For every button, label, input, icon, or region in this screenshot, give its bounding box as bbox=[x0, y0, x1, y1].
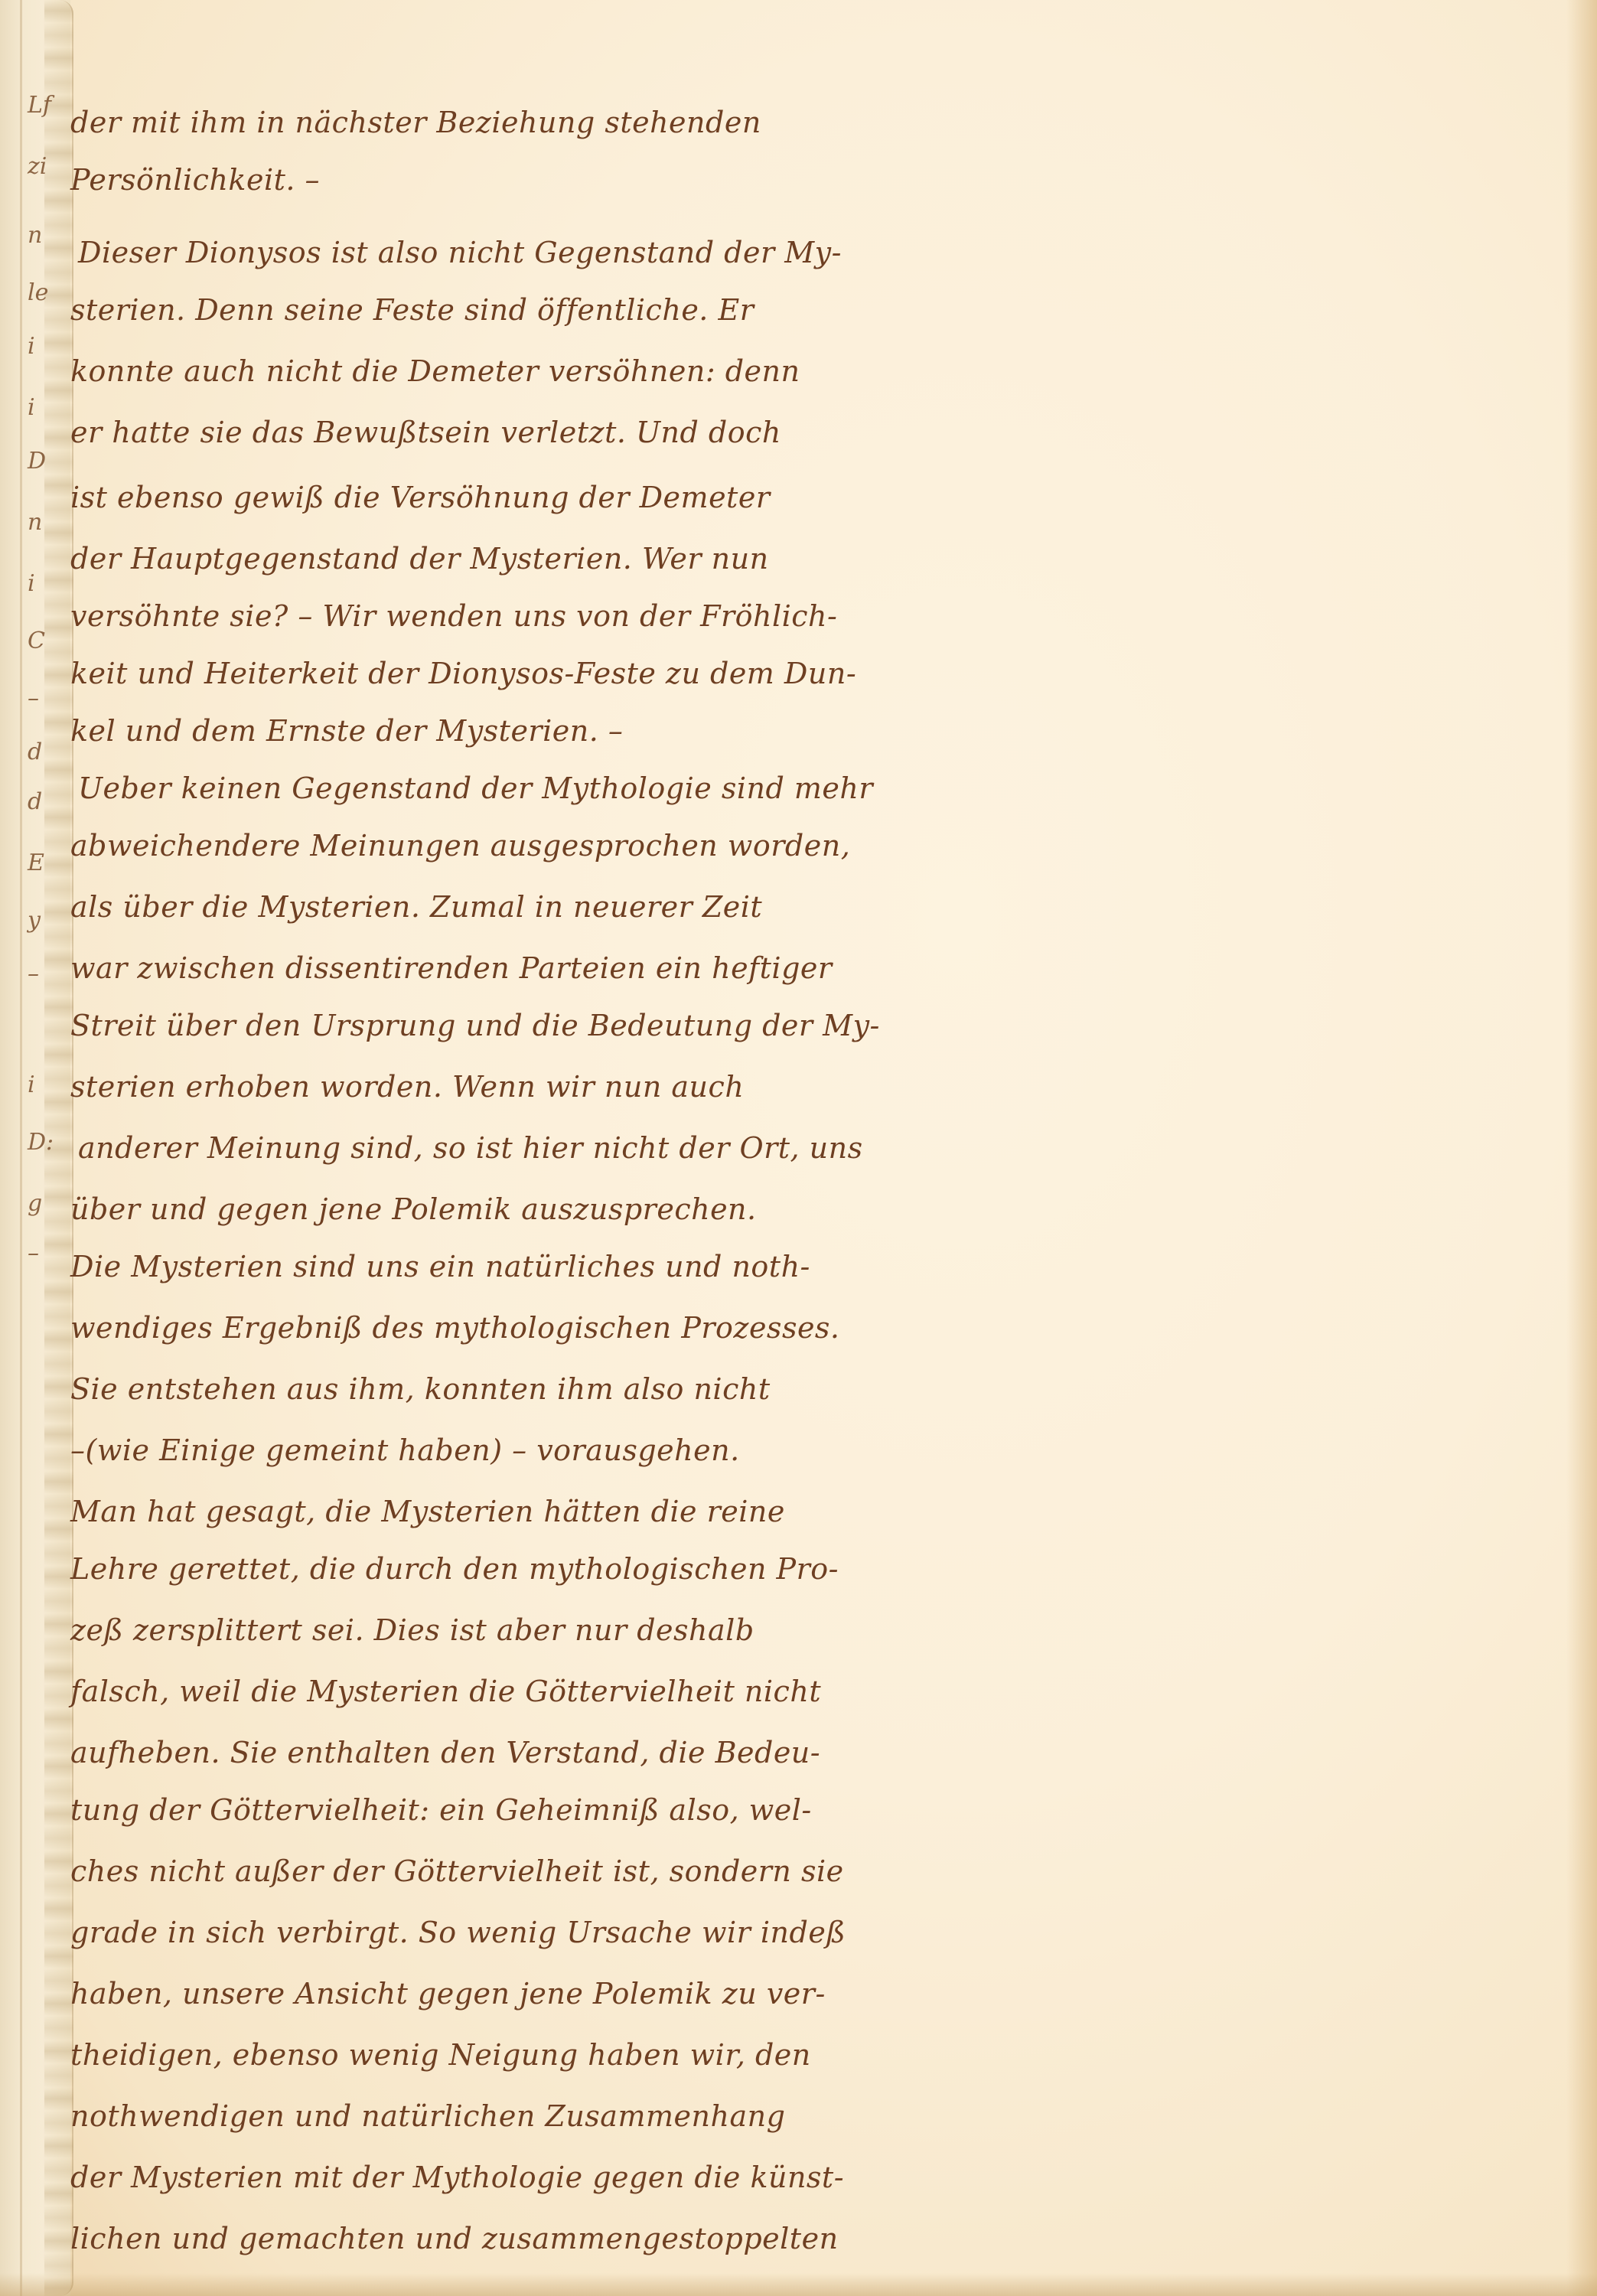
text-line: Die Mysterien sind uns ein natürliches u… bbox=[70, 1250, 810, 1283]
text-line: Persönlichkeit. – bbox=[70, 163, 320, 197]
text-line: versöhnte sie? – Wir wenden uns von der … bbox=[70, 599, 837, 633]
text-line: über und gegen jene Polemik auszuspreche… bbox=[70, 1192, 757, 1226]
margin-fragment: n bbox=[28, 509, 66, 536]
margin-fragment: y bbox=[28, 907, 66, 934]
text-line: sterien. Denn seine Feste sind öffentlic… bbox=[70, 293, 754, 327]
margin-fragment: – bbox=[28, 685, 66, 712]
text-line: anderer Meinung sind, so ist hier nicht … bbox=[78, 1131, 863, 1165]
text-line: zeß zersplittert sei. Dies ist aber nur … bbox=[70, 1613, 755, 1647]
text-line: er hatte sie das Bewußtsein verletzt. Un… bbox=[70, 416, 781, 449]
text-line: der mit ihm in nächster Beziehung stehen… bbox=[70, 106, 761, 139]
text-line: theidigen, ebenso wenig Neigung haben wi… bbox=[70, 2038, 811, 2072]
manuscript-page: Lf zi n le i i D n i C – d d E y – i D: … bbox=[0, 0, 1597, 2296]
text-line: sterien erhoben worden. Wenn wir nun auc… bbox=[70, 1070, 744, 1104]
margin-fragment: Lf bbox=[28, 92, 66, 119]
margin-fragment: i bbox=[28, 333, 66, 360]
text-line: grade in sich verbirgt. So wenig Ursache… bbox=[70, 1916, 846, 1949]
text-line: Dieser Dionysos ist also nicht Gegenstan… bbox=[78, 236, 842, 269]
text-line: war zwischen dissentirenden Parteien ein… bbox=[70, 951, 833, 985]
text-line: Streit über den Ursprung und die Bedeutu… bbox=[70, 1009, 880, 1042]
right-edge-shadow bbox=[1566, 0, 1597, 2296]
text-line: falsch, weil die Mysterien die Göttervie… bbox=[70, 1675, 821, 1708]
text-line: haben, unsere Ansicht gegen jene Polemik… bbox=[70, 1977, 826, 2011]
text-line: aufheben. Sie enthalten den Verstand, di… bbox=[70, 1736, 820, 1769]
text-line: ist ebenso gewiß die Versöhnung der Deme… bbox=[70, 481, 770, 514]
margin-fragment: i bbox=[28, 1071, 66, 1098]
margin-fragment: E bbox=[28, 850, 66, 876]
text-line: wendiges Ergebniß des mythologischen Pro… bbox=[70, 1311, 840, 1345]
margin-fragment: – bbox=[28, 1240, 66, 1267]
bottom-edge-shadow bbox=[0, 2273, 1597, 2296]
margin-fragment: D: bbox=[28, 1129, 66, 1156]
text-line: –(wie Einige gemeint haben) – vorausgehe… bbox=[70, 1433, 740, 1467]
gutter-fold-line bbox=[20, 0, 22, 2296]
text-line: ches nicht außer der Göttervielheit ist,… bbox=[70, 1854, 844, 1888]
text-line: konnte auch nicht die Demeter versöhnen:… bbox=[70, 354, 800, 388]
text-line: der Hauptgegenstand der Mysterien. Wer n… bbox=[70, 542, 769, 576]
margin-fragment: d bbox=[28, 788, 66, 815]
text-line: abweichendere Meinungen ausgesprochen wo… bbox=[70, 829, 850, 863]
margin-fragment: i bbox=[28, 570, 66, 597]
margin-fragment: D bbox=[28, 448, 66, 475]
text-line: der Mysterien mit der Mythologie gegen d… bbox=[70, 2161, 844, 2194]
text-line: lichen und gemachten und zusammengestopp… bbox=[70, 2222, 839, 2255]
text-line: kel und dem Ernste der Mysterien. – bbox=[70, 714, 623, 748]
text-line: nothwendigen und natürlichen Zusammenhan… bbox=[70, 2099, 785, 2133]
margin-fragment: – bbox=[28, 960, 66, 987]
text-line: als über die Mysterien. Zumal in neuerer… bbox=[70, 890, 762, 924]
margin-fragment: n bbox=[28, 222, 66, 249]
margin-fragment: zi bbox=[28, 153, 66, 180]
margin-fragment: d bbox=[28, 739, 66, 765]
text-line: Lehre gerettet, die durch den mythologis… bbox=[70, 1552, 839, 1586]
margin-fragment: C bbox=[28, 628, 66, 654]
text-line: keit und Heiterkeit der Dionysos-Feste z… bbox=[70, 657, 856, 690]
margin-fragment: i bbox=[28, 394, 66, 421]
text-line: Sie entstehen aus ihm, konnten ihm also … bbox=[70, 1372, 771, 1406]
left-margin-fragments: Lf zi n le i i D n i C – d d E y – i D: … bbox=[28, 0, 66, 2296]
margin-fragment: g bbox=[28, 1190, 66, 1217]
margin-fragment: le bbox=[28, 279, 66, 306]
text-line: Ueber keinen Gegenstand der Mythologie s… bbox=[78, 771, 873, 805]
text-line: tung der Göttervielheit: ein Geheimniß a… bbox=[70, 1793, 812, 1827]
text-line: Man hat gesagt, die Mysterien hätten die… bbox=[70, 1495, 785, 1528]
